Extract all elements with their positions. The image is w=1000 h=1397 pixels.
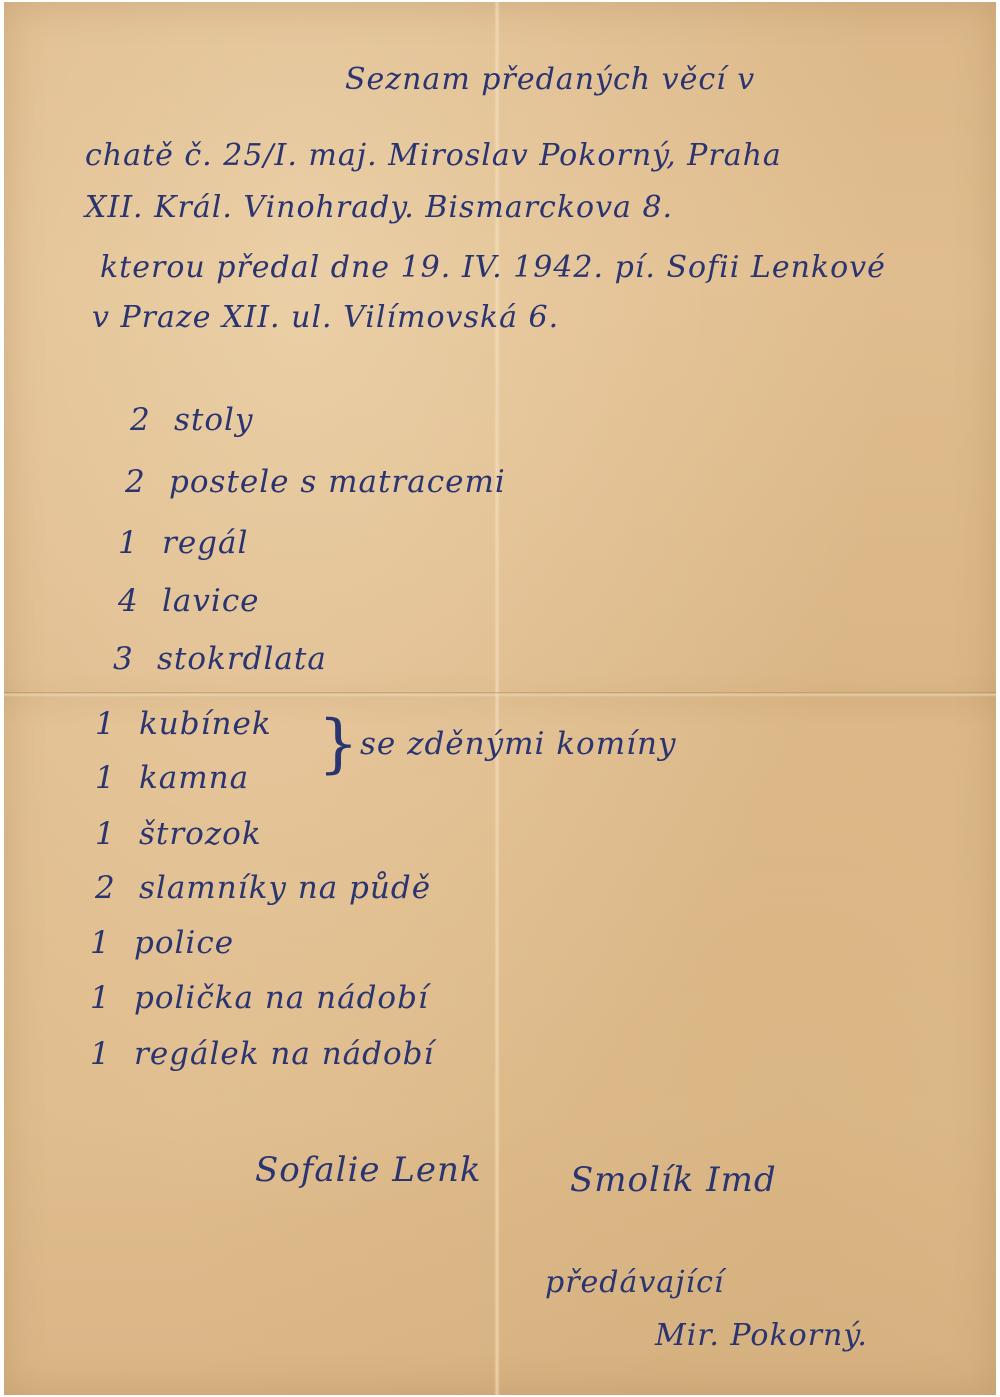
signature-receiver: Sofalie Lenk: [255, 1150, 482, 1190]
list-item: 4lavice: [118, 583, 260, 619]
item-qty: 1: [118, 525, 162, 561]
header-line-3: kterou předal dne 19. IV. 1942. pí. Sofi…: [100, 250, 886, 285]
list-item: 2stoly: [130, 402, 253, 438]
list-item: 1kamna: [95, 760, 249, 796]
item-name: regál: [162, 525, 248, 561]
list-item: 1regál: [118, 525, 248, 561]
item-qty: 3: [113, 641, 157, 677]
item-qty: 1: [90, 925, 134, 961]
item-qty: 1: [95, 816, 139, 852]
signature-sender: Smolík Imd: [570, 1160, 777, 1200]
item-qty: 2: [95, 870, 139, 906]
item-name: slamníky na půdě: [139, 870, 431, 906]
signature-role: předávající: [545, 1265, 725, 1300]
item-name: polička na nádobí: [134, 980, 429, 1016]
header-line-1: chatě č. 25/I. maj. Miroslav Pokorný, Pr…: [85, 138, 782, 173]
item-qty: 2: [125, 464, 169, 500]
list-item: 2slamníky na půdě: [95, 870, 431, 906]
item-name: postele s matracemi: [169, 464, 506, 500]
list-item: 2postele s matracemi: [125, 464, 506, 500]
header-line-4: v Praze XII. ul. Vilímovská 6.: [92, 300, 559, 335]
item-name: police: [134, 925, 234, 961]
item-name: kamna: [139, 760, 249, 796]
item-qty: 1: [90, 1036, 134, 1072]
item-name: štrozok: [139, 816, 262, 852]
list-item: 1polička na nádobí: [90, 980, 429, 1016]
document-title: Seznam předaných věcí v: [345, 62, 755, 97]
signature-name: Mir. Pokorný.: [655, 1318, 868, 1353]
item-qty: 4: [118, 583, 162, 619]
item-name: stokrdlata: [157, 641, 327, 677]
item-qty: 1: [95, 760, 139, 796]
item-name: regálek na nádobí: [134, 1036, 434, 1072]
horizontal-fold: [4, 692, 996, 697]
brace-symbol: }: [318, 712, 359, 776]
header-line-2: XII. Král. Vinohrady. Bismarckova 8.: [85, 190, 673, 225]
item-name: stoly: [174, 402, 253, 438]
item-qty: 2: [130, 402, 174, 438]
list-item: 1štrozok: [95, 816, 262, 852]
list-item: 1police: [90, 925, 234, 961]
item-name: lavice: [162, 583, 260, 619]
list-item: 1kubínek: [95, 706, 272, 742]
brace-note: se zděnými komíny: [360, 726, 677, 762]
item-name: kubínek: [139, 706, 272, 742]
list-item: 3stokrdlata: [113, 641, 327, 677]
item-qty: 1: [95, 706, 139, 742]
list-item: 1regálek na nádobí: [90, 1036, 434, 1072]
item-qty: 1: [90, 980, 134, 1016]
